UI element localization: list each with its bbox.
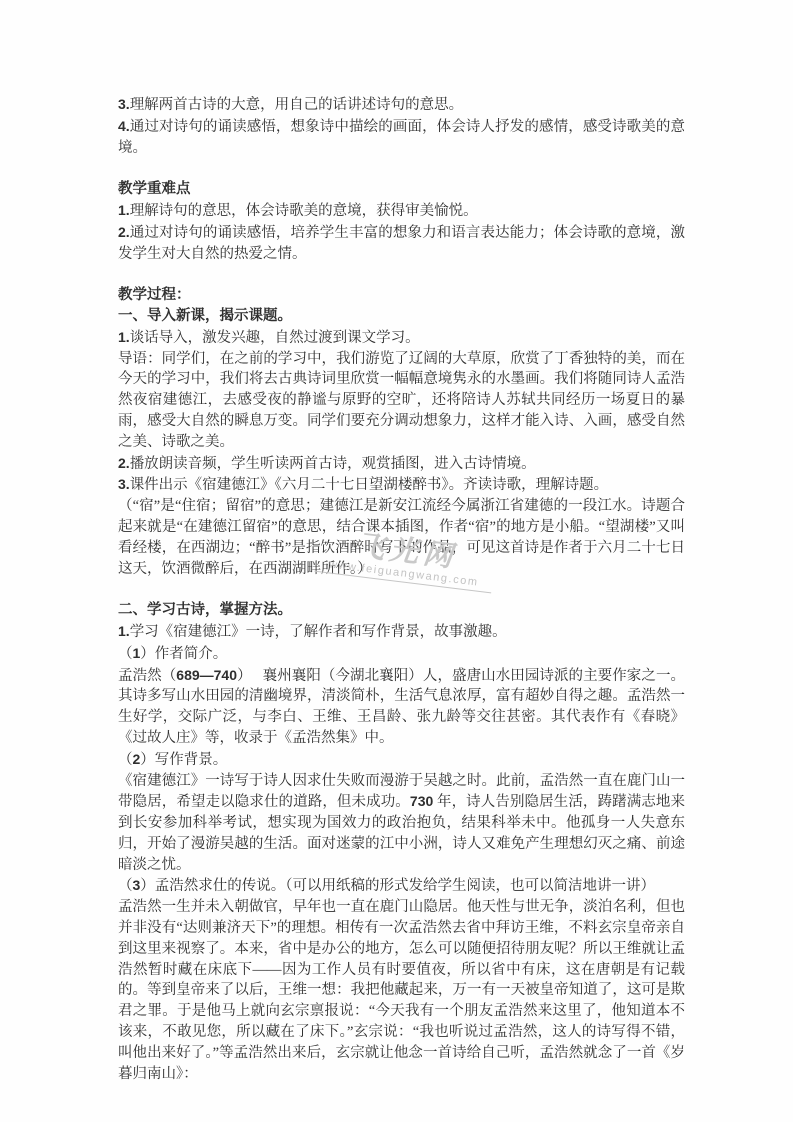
text-run: 1. — [118, 202, 130, 218]
paragraph: 2.播放朗读音频，学生听读两首古诗，观赏插图，进入古诗情境。 — [118, 453, 685, 475]
text-run: 通过对诗句的诵读感悟，培养学生丰富的想象力和语言表达能力；体会诗歌的意境，激发学… — [118, 225, 685, 262]
text-run: 2. — [118, 455, 130, 471]
text-run: 一、导入新课，揭示课题。 — [118, 308, 292, 324]
text-run: ）作者简介。 — [140, 646, 227, 662]
heading: 教学过程： — [118, 285, 685, 306]
paragraph: （3）孟浩然求仕的传说。（可以用纸稿的形式发给学生阅读，也可以简洁地讲一讲） — [118, 875, 685, 897]
paragraph: 4.通过对诗句的诵读感悟，想象诗中描绘的画面，体会诗人抒发的感情，感受诗歌美的意… — [118, 116, 685, 159]
paragraph: （“宿”是“住宿；留宿”的意思；建德江是新安江流经今属浙江省建德的一段江水。诗题… — [118, 496, 685, 579]
blank-line — [118, 158, 685, 179]
text-run: 理解两首古诗的大意，用自己的话讲述诗句的意思。 — [130, 97, 464, 113]
document-page: 3.理解两首古诗的大意，用自己的话讲述诗句的意思。4.通过对诗句的诵读感悟，想象… — [0, 0, 793, 1122]
paragraph: 《宿建德江》一诗写于诗人因求仕失败而漫游于吴越之时。此前，孟浩然一直在鹿门山一带… — [118, 771, 685, 876]
paragraph: 3.理解两首古诗的大意，用自己的话讲述诗句的意思。 — [118, 94, 685, 116]
text-run: ）孟浩然求仕的传说。（可以用纸稿的形式发给学生阅读，也可以简洁地讲一讲） — [140, 878, 655, 894]
text-run: 730 — [410, 793, 433, 809]
text-run: （ — [118, 878, 133, 894]
text-run: 课件出示《宿建德江》《六月二十七日望湖楼醉书》。齐读诗歌，理解诗题。 — [130, 477, 609, 493]
text-run: 3. — [118, 476, 130, 492]
text-run: 4. — [118, 118, 130, 134]
text-run: 3. — [118, 96, 130, 112]
heading: 一、导入新课，揭示课题。 — [118, 306, 685, 327]
paragraph: （1）作者简介。 — [118, 643, 685, 665]
text-run: （ — [118, 646, 133, 662]
blank-line — [118, 579, 685, 600]
text-run: 孟浩然（ — [118, 668, 176, 684]
paragraph: 1.学习《宿建德江》一诗，了解作者和写作背景，故事激趣。 — [118, 621, 685, 643]
text-run: 教学过程： — [118, 287, 191, 303]
paragraph: 1.理解诗句的意思，体会诗歌美的意境，获得审美愉悦。 — [118, 200, 685, 222]
text-run: 理解诗句的意思，体会诗歌美的意境，获得审美愉悦。 — [130, 203, 478, 219]
heading: 教学重难点 — [118, 179, 685, 200]
text-run: 通过对诗句的诵读感悟，想象诗中描绘的画面，体会诗人抒发的感情，感受诗歌美的意境。 — [118, 119, 685, 156]
text-run: 二、学习古诗，掌握方法。 — [118, 602, 292, 618]
document-content: 3.理解两首古诗的大意，用自己的话讲述诗句的意思。4.通过对诗句的诵读感悟，想象… — [118, 94, 685, 1084]
text-run: 689—740 — [176, 667, 237, 683]
paragraph: 孟浩然（689—740） 襄州襄阳（今湖北襄阳）人，盛唐山水田园诗派的主要作家之… — [118, 665, 685, 749]
paragraph: 导语：同学们，在之前的学习中，我们游览了辽阔的大草原，欣赏了丁香独特的美，而在今… — [118, 349, 685, 453]
text-run: 学习《宿建德江》一诗，了解作者和写作背景，故事激趣。 — [130, 624, 507, 640]
heading: 二、学习古诗，掌握方法。 — [118, 600, 685, 621]
paragraph: 3.课件出示《宿建德江》《六月二十七日望湖楼醉书》。齐读诗歌，理解诗题。 — [118, 474, 685, 496]
paragraph: （2）写作背景。 — [118, 749, 685, 771]
paragraph: 孟浩然一生并未入朝做官，早年也一直在鹿门山隐居。他天性与世无争，淡泊名利，但也并… — [118, 897, 685, 1084]
text-run: 孟浩然一生并未入朝做官，早年也一直在鹿门山隐居。他天性与世无争，淡泊名利，但也并… — [118, 899, 685, 1081]
text-run: （ — [118, 752, 133, 768]
text-run: 1. — [118, 623, 130, 639]
paragraph: 2.通过对诗句的诵读感悟，培养学生丰富的想象力和语言表达能力；体会诗歌的意境，激… — [118, 222, 685, 265]
text-run: 播放朗读音频，学生听读两首古诗，观赏插图，进入古诗情境。 — [130, 456, 536, 472]
blank-line — [118, 264, 685, 285]
text-run: 1. — [118, 329, 130, 345]
text-run: 导语：同学们，在之前的学习中，我们游览了辽阔的大草原，欣赏了丁香独特的美，而在今… — [118, 351, 685, 450]
paragraph: 1.谈话导入，激发兴趣，自然过渡到课文学习。 — [118, 327, 685, 349]
text-run: 谈话导入，激发兴趣，自然过渡到课文学习。 — [130, 330, 420, 346]
text-run: （“宿”是“住宿；留宿”的意思；建德江是新安江流经今属浙江省建德的一段江水。诗题… — [118, 498, 685, 576]
text-run: ）写作背景。 — [140, 752, 227, 768]
text-run: 2. — [118, 224, 130, 240]
text-run: 教学重难点 — [118, 181, 191, 197]
